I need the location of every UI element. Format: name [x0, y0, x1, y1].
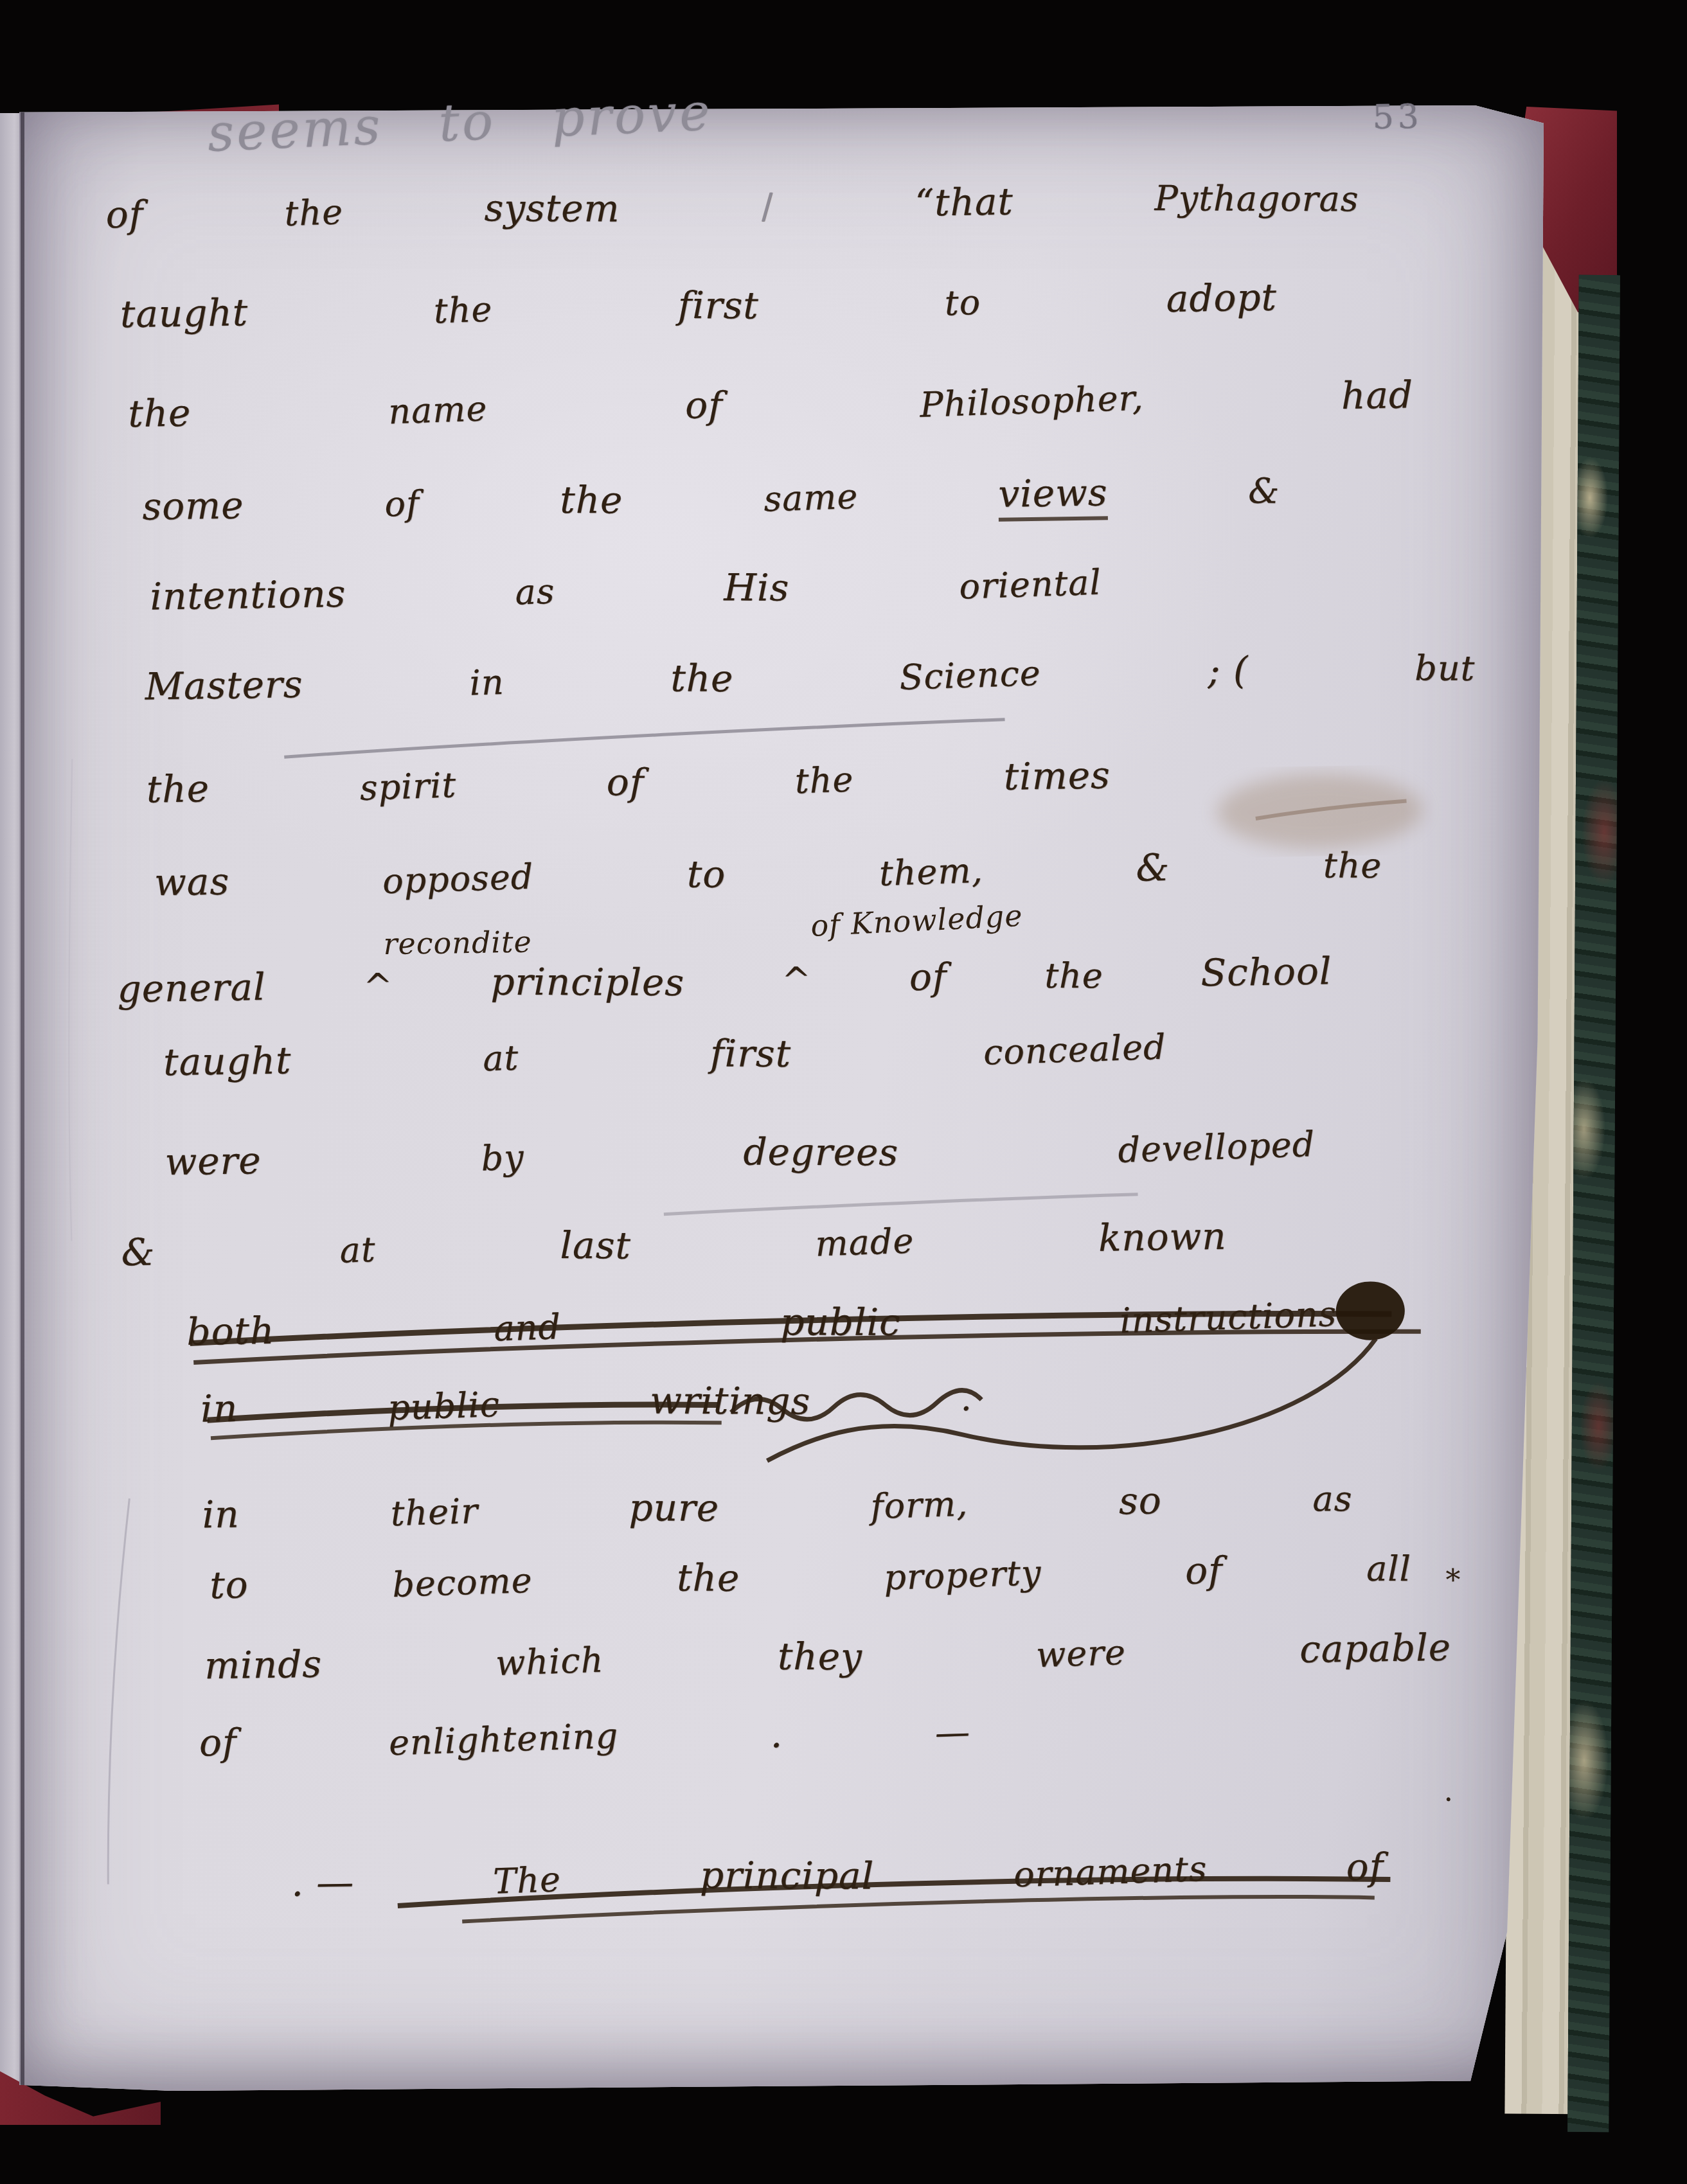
word: Masters: [145, 662, 303, 709]
word: but: [1415, 648, 1475, 688]
word: last: [560, 1223, 630, 1267]
text-line: to become the property of all: [210, 1545, 1412, 1607]
long-dash: —: [934, 1712, 971, 1753]
text-line: was opposed to them, & the: [154, 842, 1382, 904]
word: His: [724, 565, 790, 609]
word-struck: The: [493, 1859, 562, 1901]
insertion-caret: ^: [781, 959, 812, 1000]
word: Science: [899, 653, 1042, 698]
text-line: Masters in the Science ; ( but: [145, 645, 1476, 709]
word: as: [1313, 1478, 1353, 1519]
word-struck: and: [493, 1306, 561, 1349]
margin-ink-dot: .: [1443, 1773, 1453, 1808]
text-line: general ^ principles ^ of the School: [117, 949, 1332, 1011]
word: the: [147, 767, 210, 811]
paper-crease-upper: [64, 759, 79, 1241]
word: of: [909, 955, 947, 999]
text-line: & at last made known: [121, 1214, 1227, 1275]
word: to: [687, 852, 726, 896]
word: spirit: [359, 765, 457, 808]
word: general: [117, 965, 266, 1011]
inserted-word-recondite: recondite: [383, 925, 532, 961]
text-line: taught at first concealed: [163, 1025, 1166, 1084]
word: by: [480, 1137, 524, 1178]
word-struck: of: [1346, 1845, 1384, 1889]
page-number: 53: [1372, 98, 1423, 137]
word: Pythagoras: [1154, 178, 1359, 219]
word: become: [392, 1560, 533, 1605]
word: to: [210, 1563, 249, 1607]
pencil-underline-develloped: [664, 1194, 1138, 1214]
word: at: [483, 1038, 520, 1079]
word: enlightening: [388, 1716, 619, 1764]
word: of: [105, 193, 143, 237]
stain-scribble: [1256, 801, 1407, 818]
word: system: [485, 186, 620, 231]
word-struck: both: [186, 1309, 275, 1354]
word: first: [711, 1031, 792, 1076]
word: the: [670, 656, 733, 700]
word: of: [685, 383, 723, 427]
text-line: some of the same views &: [142, 468, 1280, 534]
word: ; (: [1208, 648, 1249, 693]
word: had: [1341, 373, 1414, 418]
word: of: [607, 760, 645, 804]
word: .: [771, 1712, 783, 1756]
word: they: [778, 1635, 862, 1679]
word: the: [560, 478, 623, 522]
word: were: [1035, 1632, 1127, 1675]
insertion-caret: ^: [362, 965, 393, 1006]
word: were: [165, 1139, 262, 1184]
text-line: of enlightening . —: [199, 1710, 971, 1765]
word-struck: public: [780, 1300, 900, 1344]
text-line-struck: . — The principal ornaments of: [291, 1845, 1384, 1904]
paper-crease: [102, 1498, 135, 1885]
word: the: [677, 1556, 740, 1599]
word: at: [339, 1229, 376, 1271]
word: all: [1366, 1549, 1411, 1589]
word-struck: public: [387, 1384, 500, 1428]
word: &: [1248, 471, 1280, 511]
word: their: [390, 1491, 479, 1534]
text-line-struck: both and public instructions: [186, 1293, 1337, 1354]
word: School: [1201, 949, 1332, 995]
word: property: [883, 1552, 1042, 1598]
word: the: [794, 759, 854, 801]
word: develloped: [1118, 1124, 1316, 1171]
inserted-words-of-knowledge: of Knowledge: [810, 898, 1024, 943]
ink-stain: [1217, 772, 1424, 850]
word: the: [433, 289, 493, 332]
word: in: [469, 662, 504, 704]
word: the: [128, 391, 192, 435]
text-line: were by degrees develloped: [165, 1123, 1316, 1184]
word: was: [154, 860, 230, 905]
word: oriental: [958, 562, 1102, 607]
word: principles: [490, 960, 684, 1004]
word-struck: in: [201, 1387, 238, 1431]
word: made: [814, 1221, 915, 1265]
pencil-annotation: seems to prove: [206, 82, 713, 163]
word: same: [763, 476, 859, 520]
word: name: [388, 388, 488, 432]
pencil-insertion-slash: ∕: [761, 186, 774, 227]
pencil-underline: [284, 720, 1005, 758]
word: . —: [291, 1860, 355, 1904]
word: times: [1003, 753, 1111, 798]
word: capable: [1299, 1626, 1452, 1671]
word: which: [495, 1640, 604, 1683]
text-line: the spirit of the times: [147, 753, 1111, 811]
word: opposed: [382, 857, 535, 902]
word-struck: writings: [650, 1379, 810, 1423]
text-line-struck: in public writings .: [201, 1376, 972, 1431]
word: adopt: [1166, 275, 1277, 321]
margin-asterisk-mark: *: [1445, 1562, 1461, 1597]
word: &: [121, 1230, 156, 1274]
word: Philosopher,: [920, 377, 1145, 425]
word: taught: [163, 1038, 292, 1084]
word: .: [960, 1378, 972, 1419]
word: &: [1136, 846, 1170, 890]
text-line: intentions as His oriental: [150, 560, 1102, 618]
word: the: [284, 191, 344, 234]
word: degrees: [743, 1130, 898, 1175]
word: form,: [870, 1483, 968, 1527]
word-struck: instructions: [1120, 1293, 1338, 1341]
word: so: [1119, 1478, 1163, 1523]
word: of: [199, 1721, 237, 1765]
text-line: in their pure form, so as: [202, 1476, 1353, 1537]
word: first: [678, 283, 759, 328]
word: pure: [629, 1486, 720, 1530]
word: the: [1044, 955, 1103, 996]
word-struck: principal: [700, 1853, 874, 1897]
word: of: [384, 483, 420, 525]
word-underlined: views: [998, 470, 1108, 522]
word: “that: [915, 179, 1013, 224]
word: intentions: [150, 572, 346, 619]
word: as: [515, 571, 556, 613]
text-line: the name of Philosopher, had: [128, 373, 1414, 436]
text-line: of the system ∕ “that Pythagoras: [105, 174, 1359, 236]
handwriting-layer: seems to prove 53 of the system ∕ “that …: [0, 0, 1687, 2184]
word: in: [202, 1493, 240, 1537]
word: the: [1323, 846, 1382, 886]
word: minds: [204, 1642, 323, 1688]
word: concealed: [983, 1027, 1166, 1073]
word: some: [142, 483, 244, 528]
word: them,: [879, 850, 984, 894]
ink-blot: [1335, 1281, 1406, 1341]
text-line: taught the first to adopt: [120, 275, 1278, 336]
word: known: [1098, 1214, 1227, 1260]
word: of: [1185, 1549, 1223, 1593]
word: taught: [120, 290, 249, 336]
word: to: [944, 282, 981, 324]
text-line: minds which they were capable: [204, 1626, 1452, 1688]
word-struck: ornaments: [1013, 1849, 1208, 1895]
